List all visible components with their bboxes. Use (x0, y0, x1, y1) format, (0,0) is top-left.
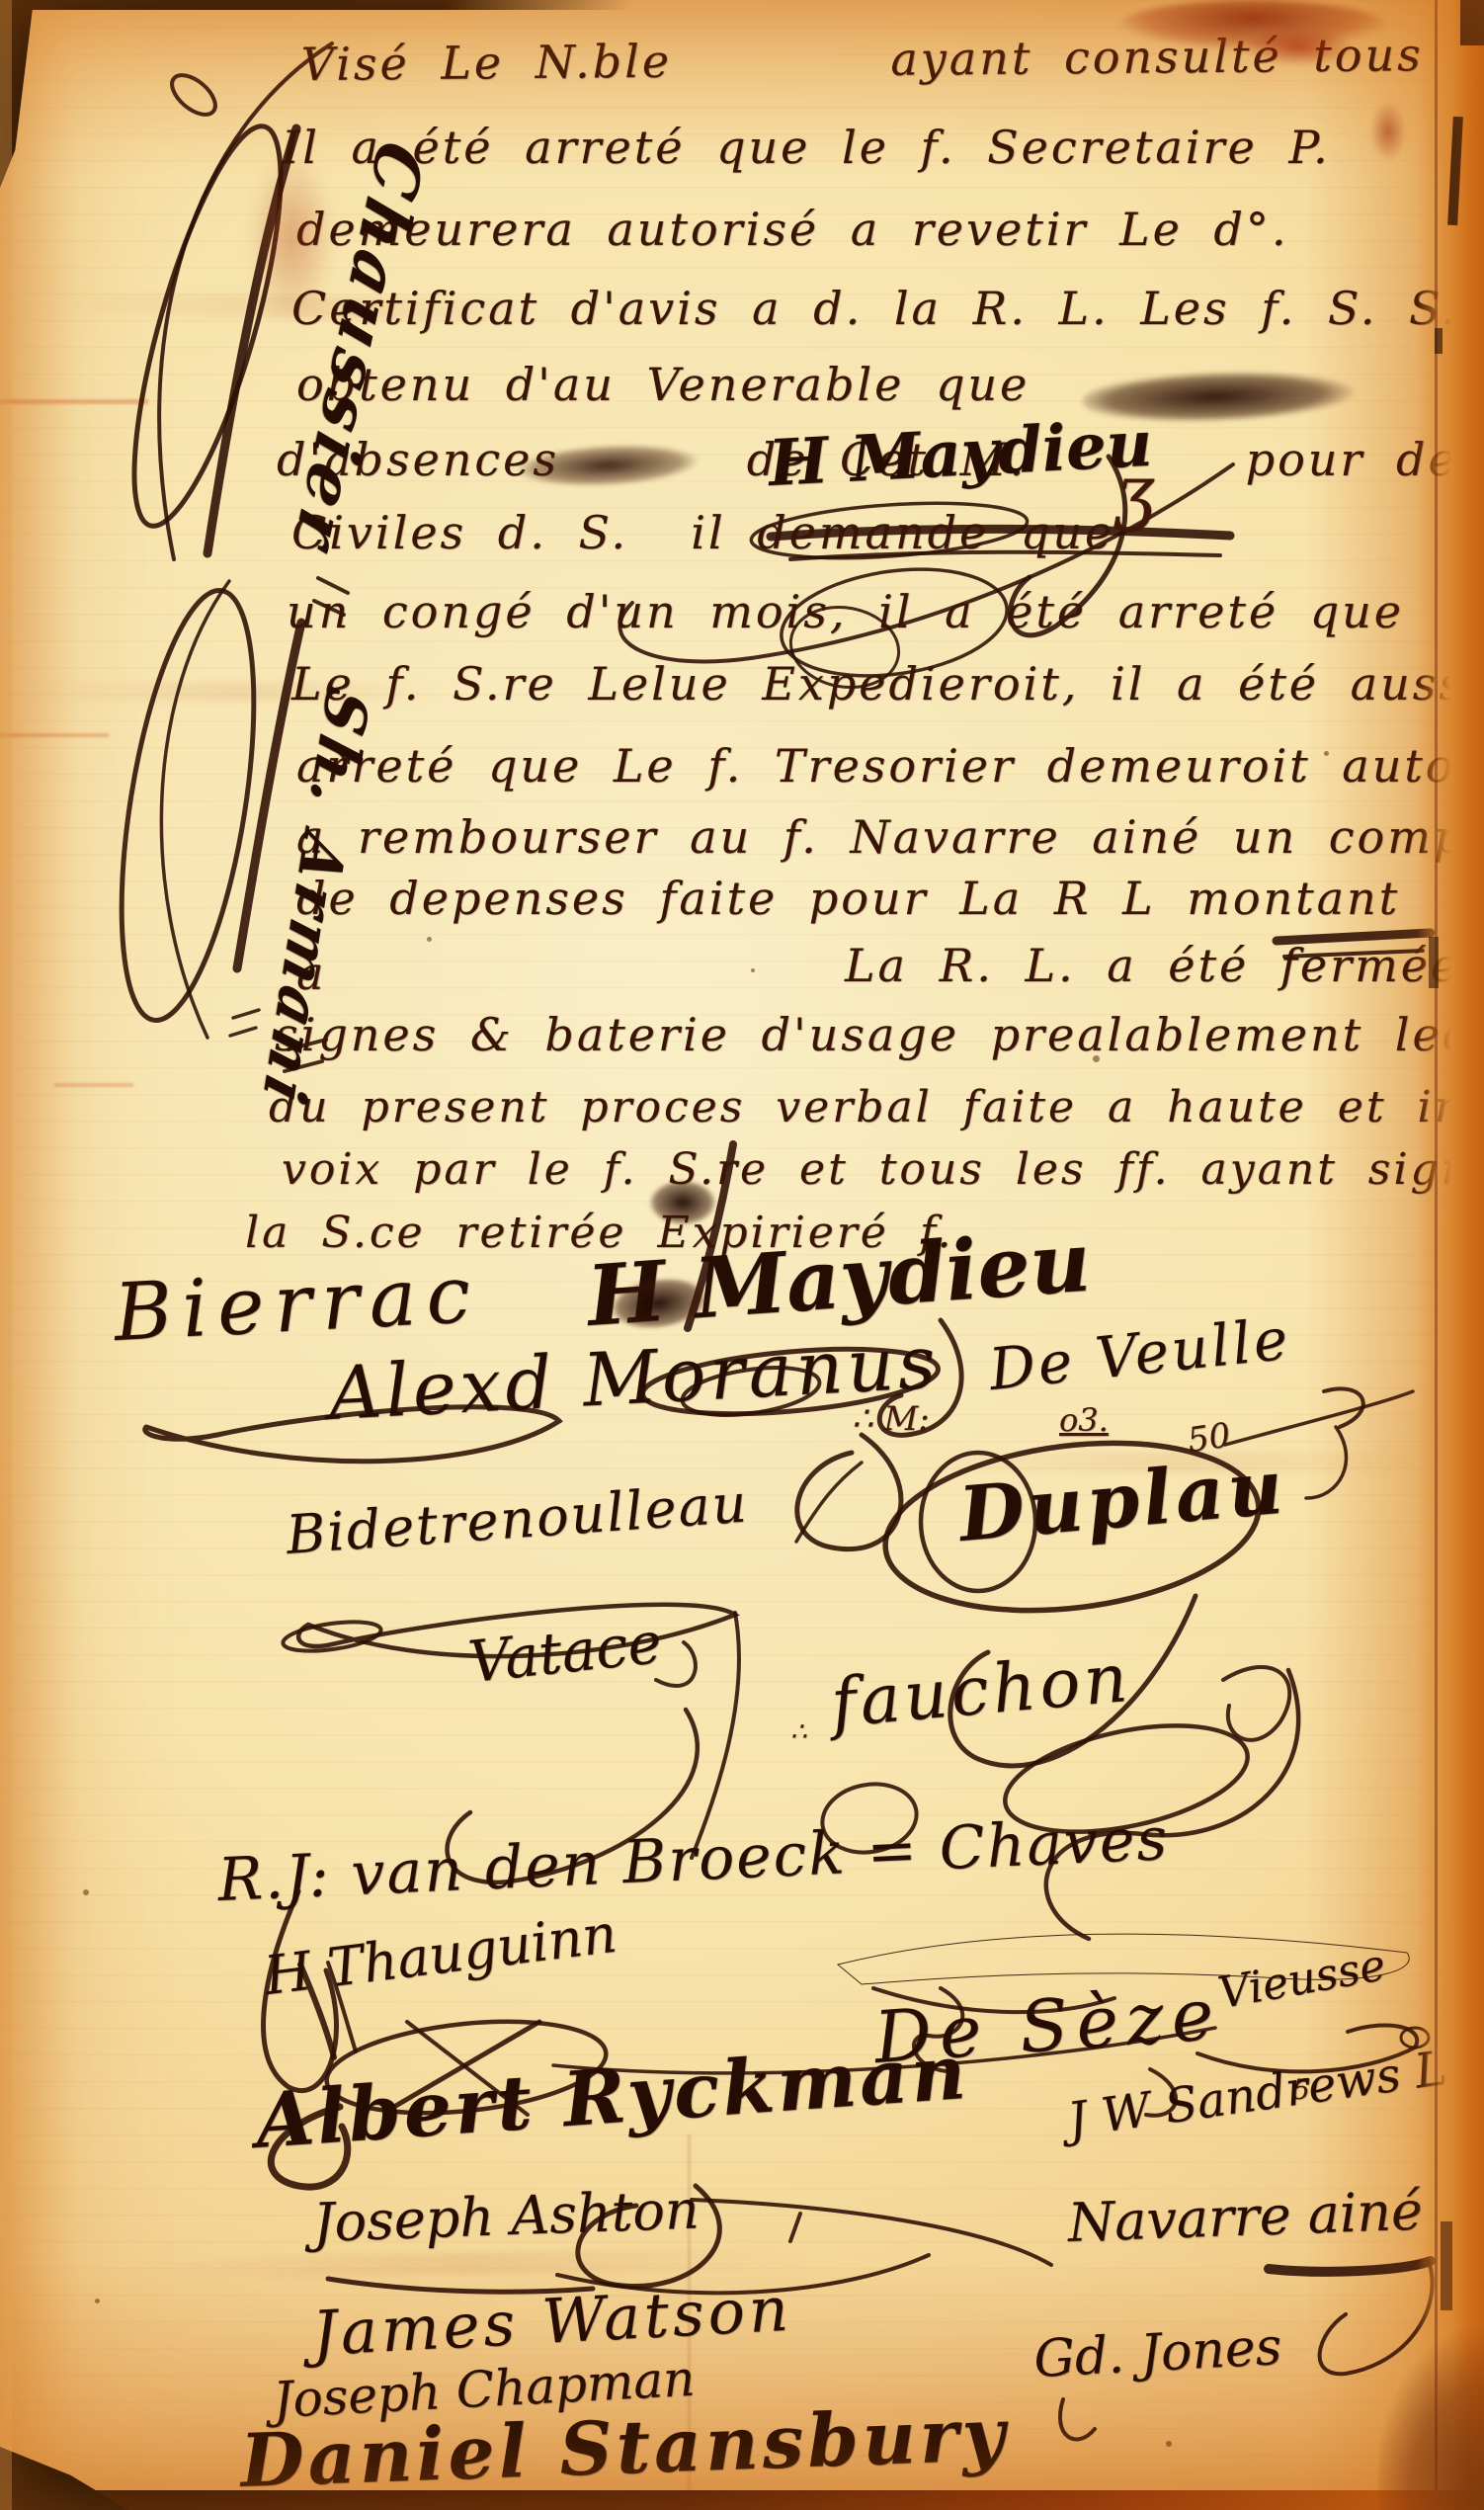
signature-text: Duplau (955, 1442, 1289, 1558)
red-ink-stain (1235, 26, 1363, 69)
ink-speck (95, 2299, 100, 2303)
body-line: obtenu d'au Venerable que (296, 358, 1030, 411)
inserted-signature-text: H Maydieu (767, 407, 1154, 501)
body-line: de depenses faite pour La R L montant (296, 872, 1400, 925)
signature-vandenbroeck-chaves: R.J: van den Broeck = Chaves (216, 1804, 1171, 1915)
body-line: Le f. S.re Lelue Expedieroit, il a été a… (291, 657, 1484, 711)
body-line: Il a été arreté que le f. Secretaire P. (282, 121, 1331, 174)
signature-vieusse: Vieusse (1214, 1940, 1389, 2019)
body-line-text: Il a été arreté que le f. Secretaire P. (282, 121, 1331, 174)
body-line-text: de depenses faite pour La R L montant (296, 872, 1400, 925)
inserted-signature-maydieu: H Maydieu (767, 407, 1154, 501)
body-line: voix par le f. S.re et tous les ff. ayan… (282, 1144, 1484, 1195)
manuscript-page: Visé Le N.ble ayant consulté tous les ff… (0, 0, 1484, 2510)
signature-text: Joseph Ashton (312, 2178, 701, 2254)
ink-blot (640, 1174, 725, 1231)
signature-text: Bidetrenoulleau (285, 1471, 751, 1566)
ink-speck (427, 937, 432, 942)
signature-text: Gd. Jones (1032, 2317, 1283, 2389)
body-line-text: La R. L. a été fermée aux (845, 939, 1484, 992)
signature-jones: Gd. Jones (1032, 2317, 1283, 2389)
body-line-text: Civiles d. S. il demande que accordée (291, 506, 1484, 559)
signature-text: Navarre ainé (1067, 2180, 1424, 2254)
signature-ashton: Joseph Ashton (312, 2178, 701, 2254)
inserted-signature-tail: ʒ (1114, 450, 1155, 533)
body-line: La R. L. a été fermée aux (845, 939, 1484, 992)
signature-text: Vieusse (1214, 1940, 1389, 2019)
photo-edge-top (0, 0, 632, 10)
red-streak (0, 733, 109, 737)
signature-text: H Thauguinn (261, 1902, 619, 2007)
ink-bleedthrough (119, 2247, 810, 2281)
body-line-text: voix par le f. S.re et tous les ff. ayan… (282, 1144, 1484, 1195)
signature-text: fauchon (828, 1639, 1134, 1743)
ink-speck (1093, 1055, 1100, 1062)
binding-edge (1417, 0, 1484, 2510)
body-line-text: signes & baterie d'usage prealablement l… (275, 1008, 1484, 1061)
body-line: Certificat d'avis a d. la R. L. Les f. S… (291, 282, 1484, 335)
mark-text: ∴ M: (852, 1399, 930, 1439)
annotation-o3: o3. (1059, 1401, 1109, 1439)
binding-mark (1441, 2221, 1452, 2310)
binding-mark (1447, 117, 1463, 225)
body-line: un congé d'un mois, il a été arreté que (287, 585, 1404, 638)
body-line-text: a rembourser au f. Navarre ainé un compt… (296, 810, 1484, 864)
signature-text: James Watson (310, 2273, 793, 2370)
signature-duplau: Duplau (955, 1442, 1289, 1558)
page-edge-left (0, 0, 12, 2510)
photo-edge-corner-bl (0, 2433, 128, 2510)
signature-text: Vatace (465, 1609, 665, 1696)
red-streak (54, 1083, 133, 1087)
signature-watson: James Watson (310, 2273, 793, 2370)
signature-ryckman: Albert Ryckman (253, 2028, 971, 2165)
body-line: arreté que Le f. Tresorier demeuroit aut… (296, 739, 1484, 793)
ink-speck (1166, 2441, 1172, 2447)
signature-bierrac: Bierrac (112, 1248, 482, 1359)
flourish-glyph: ʒ (1114, 450, 1155, 533)
masonic-dots-mark: ∴ (790, 1717, 807, 1747)
signature-navarre: Navarre ainé (1067, 2180, 1424, 2254)
photo-edge-corner-tl (0, 0, 34, 188)
body-line: du present proces verbal faite a haute e… (269, 1082, 1484, 1132)
signature-deveulle: De Veulle (986, 1304, 1293, 1403)
red-streak (0, 399, 148, 404)
body-line: signes & baterie d'usage prealablement l… (275, 1008, 1484, 1061)
body-line-text: obtenu d'au Venerable que (296, 358, 1030, 411)
signature-bidetrenoulleau: Bidetrenoulleau (285, 1471, 751, 1566)
body-line: demeurera autorisé a revetir Le d°. (296, 203, 1289, 256)
body-line-text: arreté que Le f. Tresorier demeuroit aut… (296, 739, 1484, 793)
signature-text: Bierrac (112, 1248, 482, 1359)
mark-text: ∴ (790, 1717, 807, 1747)
signature-vatace: Vatace (465, 1609, 665, 1696)
photo-edge-corner-br (1378, 2302, 1484, 2510)
signature-fauchon: fauchon (828, 1639, 1134, 1743)
ink-speck (1324, 751, 1329, 756)
ink-speck (751, 968, 755, 972)
photo-edge-bottom (0, 2490, 1484, 2510)
ink-smear (1081, 363, 1379, 430)
body-line-text: du present proces verbal faite a haute e… (269, 1082, 1484, 1132)
body-line-text: Certificat d'avis a d. la R. L. Les f. S… (291, 282, 1484, 335)
body-line-text: un congé d'un mois, il a été arreté que (287, 585, 1404, 638)
masonic-dots-mark: ∴ M: (852, 1399, 930, 1439)
body-line: a rembourser au f. Navarre ainé un compt… (296, 810, 1484, 864)
signature-text: R.J: van den Broeck = Chaves (216, 1804, 1171, 1915)
body-line: Civiles d. S. il demande que accordée (291, 506, 1484, 559)
signature-text: Albert Ryckman (253, 2028, 971, 2165)
ink-speck (83, 1889, 89, 1895)
mark-text: o3. (1059, 1401, 1109, 1439)
body-line-text: demeurera autorisé a revetir Le d°. (296, 203, 1289, 256)
body-line-text: Le f. S.re Lelue Expedieroit, il a été a… (291, 657, 1484, 711)
signature-text: De Veulle (986, 1304, 1293, 1403)
red-ink-fleck (1365, 97, 1411, 166)
binding-line (1435, 0, 1438, 2510)
signature-thauguinn: H Thauguinn (261, 1902, 619, 2007)
red-ink-stain (237, 138, 346, 336)
